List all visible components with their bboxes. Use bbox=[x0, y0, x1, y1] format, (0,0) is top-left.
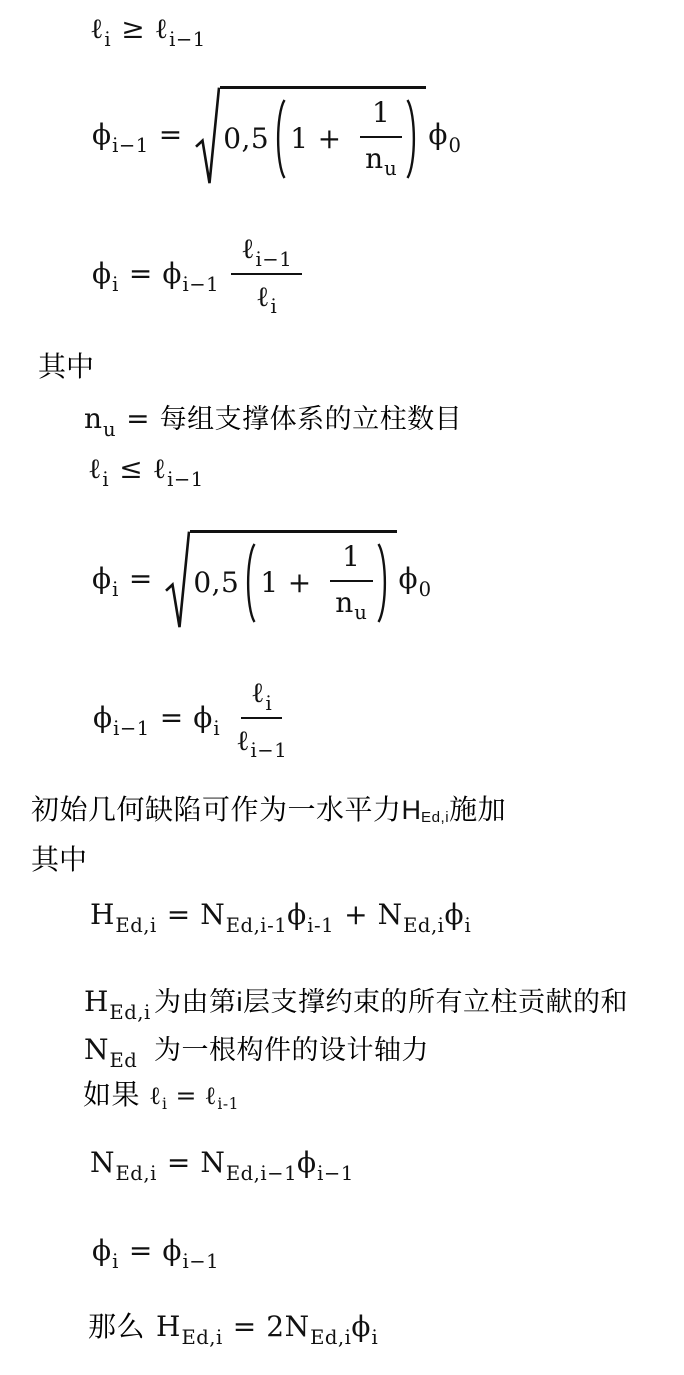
math-variable: ϕi-1 bbox=[287, 898, 334, 931]
math-variable: HEd,i bbox=[156, 1310, 223, 1343]
math-variable: ϕi−1 bbox=[162, 1234, 219, 1267]
radicand: 0,51+1nu bbox=[220, 86, 426, 187]
denominator: nu bbox=[331, 582, 371, 626]
equation-phi-im1-sqrt: ϕi−1=0,51+1nuϕ0 bbox=[92, 86, 461, 187]
math-operator: = bbox=[167, 898, 190, 932]
chinese-text: 那么 bbox=[88, 1311, 145, 1342]
math-variable: ℓi bbox=[256, 280, 277, 314]
radical-sign-icon bbox=[164, 530, 190, 631]
math-operator: + bbox=[344, 898, 367, 932]
math-operator: + bbox=[318, 122, 341, 156]
math-variable: ℓi-1 bbox=[204, 1081, 239, 1110]
math-text: 0,5 bbox=[223, 122, 269, 156]
definition-description: 为由第i层支撑约束的所有立柱贡献的和 bbox=[154, 986, 628, 1018]
math-variable: ϕi−1 bbox=[93, 701, 150, 734]
equation-phi-im1-ratio: ϕi−1=ϕiℓiℓi−1 bbox=[93, 674, 291, 765]
equation-phi-i-ratio: ϕi=ϕi−1ℓi−1ℓi bbox=[92, 230, 302, 321]
denominator: ℓi bbox=[252, 275, 281, 322]
math-operator: = bbox=[159, 118, 182, 152]
math-variable: ϕi−1 bbox=[162, 257, 219, 290]
chinese-text: 初始几何缺陷可作为一水平力 bbox=[31, 794, 402, 825]
document-page: { "colors": { "background": "#ffffff", "… bbox=[0, 0, 684, 1375]
math-variable: ℓi bbox=[251, 676, 272, 710]
fraction: 1nu bbox=[330, 540, 372, 625]
denominator: ℓi−1 bbox=[232, 719, 291, 766]
where-label-1: 其中 bbox=[38, 350, 94, 384]
math-text: 0,5 bbox=[193, 566, 239, 600]
math-variable: ϕi−1 bbox=[297, 1146, 354, 1179]
math-text: 1 bbox=[260, 566, 278, 600]
numerator: 1 bbox=[360, 96, 402, 138]
math-operator: ≥ bbox=[121, 12, 144, 46]
math-text: 1 bbox=[372, 96, 390, 130]
math-operator: = bbox=[160, 701, 183, 735]
inequality-span-le: ℓi≤ℓi−1 bbox=[88, 452, 204, 486]
denominator: nu bbox=[361, 138, 401, 182]
math-operator: = bbox=[167, 1146, 190, 1180]
math-operator: ≤ bbox=[119, 452, 142, 486]
equation-phi-i-sqrt: ϕi=0,51+1nuϕ0 bbox=[92, 530, 432, 631]
math-variable: ϕ0 bbox=[428, 118, 461, 151]
math-text: 1 bbox=[342, 540, 360, 574]
math-operator: = bbox=[129, 1234, 152, 1268]
fraction: ℓiℓi−1 bbox=[232, 674, 291, 765]
math-variable: ℓi−1 bbox=[236, 724, 287, 758]
math-variable: HEd,i bbox=[84, 985, 151, 1018]
conclusion-equation: 那么HEd,i=2NEd,iϕi bbox=[88, 1310, 378, 1344]
math-variable: ϕi bbox=[444, 898, 471, 931]
math-variable: ℓi bbox=[88, 452, 109, 485]
numerator: ℓi−1 bbox=[231, 230, 302, 275]
math-variable: ℓi−1 bbox=[153, 452, 204, 485]
math-variable: nu bbox=[335, 586, 367, 620]
chinese-text: 施加 bbox=[449, 794, 506, 825]
definition-term: nu= bbox=[84, 402, 160, 436]
math-variable: ϕi bbox=[92, 1234, 119, 1267]
right-paren-icon bbox=[405, 98, 420, 180]
radical-sign-icon bbox=[194, 86, 220, 187]
imperfection-paragraph: 初始几何缺陷可作为一水平力HEd,i施加 bbox=[31, 793, 506, 827]
math-variable: ℓi bbox=[90, 12, 111, 45]
math-variable: HEd,i bbox=[402, 795, 450, 825]
math-operator: = bbox=[233, 1310, 256, 1344]
fraction: 1nu bbox=[360, 96, 402, 181]
math-variable: ϕi bbox=[193, 701, 220, 734]
math-variable: nu bbox=[84, 402, 116, 435]
where-label-2: 其中 bbox=[31, 843, 87, 877]
left-paren-icon bbox=[272, 98, 287, 180]
math-variable: ϕi−1 bbox=[92, 118, 149, 151]
math-variable: ℓi−1 bbox=[155, 12, 206, 45]
math-operator: = bbox=[126, 402, 149, 436]
math-variable: ϕi bbox=[92, 562, 119, 595]
left-paren-icon bbox=[242, 542, 257, 624]
math-variable: ϕi bbox=[351, 1310, 378, 1343]
definition-description: 为一根构件的设计轴力 bbox=[154, 1034, 429, 1066]
right-paren-icon bbox=[376, 542, 391, 624]
definition-h-ed: HEd,i 为由第i层支撑约束的所有立柱贡献的和 bbox=[84, 985, 628, 1019]
definition-term: HEd,i bbox=[84, 985, 154, 1019]
math-variable: ϕ0 bbox=[399, 562, 432, 595]
math-operator: = bbox=[129, 257, 152, 291]
fraction: ℓi−1ℓi bbox=[231, 230, 302, 321]
chinese-text: 如果 bbox=[83, 1079, 140, 1110]
math-variable: NEd,i bbox=[378, 898, 445, 931]
math-variable: ℓi−1 bbox=[241, 232, 292, 266]
math-variable: ℓi bbox=[149, 1081, 167, 1110]
math-variable: NEd,i−1 bbox=[200, 1146, 297, 1179]
math-variable: NEd,i bbox=[90, 1146, 157, 1179]
math-variable: ϕi bbox=[92, 257, 119, 290]
equation-h-ed: HEd,i=NEd,i-1ϕi-1+NEd,iϕi bbox=[90, 898, 471, 932]
equation-phi-equal: ϕi=ϕi−1 bbox=[92, 1234, 219, 1268]
definition-nu: nu= 每组支撑体系的立柱数目 bbox=[84, 402, 462, 436]
sqrt-expression: 0,51+1nu bbox=[164, 530, 396, 631]
radicand: 0,51+1nu bbox=[190, 530, 396, 631]
math-variable: NEd,i bbox=[285, 1310, 352, 1343]
math-operator: + bbox=[288, 566, 311, 600]
definition-description: 每组支撑体系的立柱数目 bbox=[160, 403, 463, 435]
math-variable: HEd,i bbox=[90, 898, 157, 931]
if-condition-line: 如果ℓi=ℓi-1 bbox=[83, 1078, 239, 1112]
inequality-span-ge: ℓi≥ℓi−1 bbox=[90, 12, 206, 46]
equation-n-ed: NEd,i=NEd,i−1ϕi−1 bbox=[90, 1146, 354, 1180]
numerator: 1 bbox=[330, 540, 372, 582]
math-text: 1 bbox=[290, 122, 308, 156]
math-variable: NEd,i-1 bbox=[200, 898, 287, 931]
definition-n-ed: NEd 为一根构件的设计轴力 bbox=[84, 1033, 429, 1067]
numerator: ℓi bbox=[241, 674, 282, 719]
math-text: 2 bbox=[266, 1310, 284, 1343]
math-variable: NEd bbox=[84, 1033, 137, 1066]
sqrt-expression: 0,51+1nu bbox=[194, 86, 426, 187]
math-operator: = bbox=[175, 1081, 196, 1111]
math-variable: nu bbox=[365, 142, 397, 176]
math-operator: = bbox=[129, 562, 152, 596]
definition-term: NEd bbox=[84, 1033, 154, 1067]
